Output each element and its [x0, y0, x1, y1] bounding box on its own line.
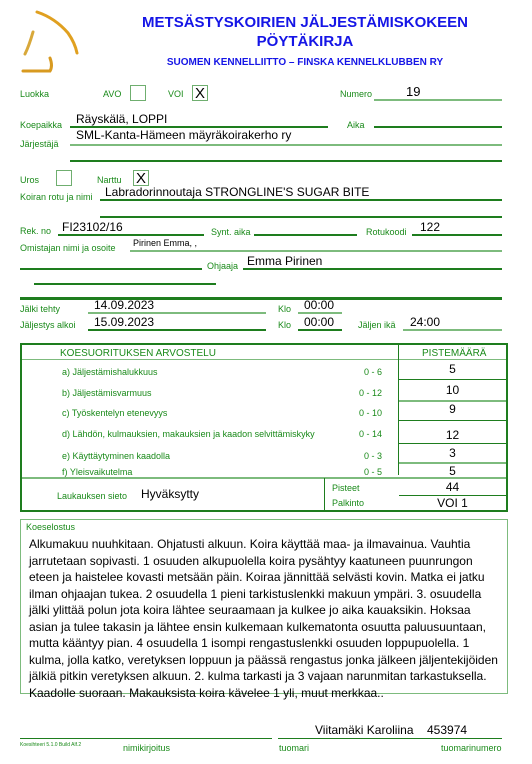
location-label: Koepaikka	[20, 120, 62, 130]
criterion-score[interactable]: 5	[399, 362, 506, 376]
description-text[interactable]: Alkumakuu nuuhkitaan. Ohjatusti alkuun. …	[29, 536, 499, 701]
criterion-range: 0 - 3	[342, 451, 382, 461]
prize-label: Palkinto	[332, 498, 364, 508]
prize-value[interactable]: VOI 1	[399, 496, 506, 510]
breed-code-value[interactable]: 122	[420, 220, 440, 234]
track-made-date[interactable]: 14.09.2023	[94, 298, 154, 312]
tracking-started-label: Jäljestys alkoi	[20, 320, 76, 330]
track-age-value[interactable]: 24:00	[410, 315, 440, 329]
criterion-label: f) Yleisvaikutelma	[62, 467, 132, 477]
form-title-line2: PÖYTÄKIRJA	[120, 33, 490, 50]
points-value[interactable]: 44	[399, 480, 506, 494]
criterion-score[interactable]: 5	[399, 464, 506, 478]
handler-value[interactable]: Emma Pirinen	[247, 254, 322, 268]
male-label: Uros	[20, 175, 39, 185]
version-text: Koesihteeri 5.1.0 Build Alf.2	[20, 742, 81, 748]
criterion-label: b) Jäljestämisvarmuus	[62, 388, 152, 398]
registration-label: Rek. no	[20, 226, 51, 236]
criterion-range: 0 - 14	[342, 429, 382, 439]
track-made-klo-label: Klo	[278, 304, 291, 314]
registration-value[interactable]: FI23102/16	[62, 220, 123, 234]
criterion-range: 0 - 6	[342, 367, 382, 377]
criterion-score[interactable]: 12	[399, 428, 506, 442]
criterion-score[interactable]: 3	[399, 446, 506, 460]
description-title: Koeselostus	[26, 522, 75, 532]
criterion-range: 0 - 12	[342, 388, 382, 398]
signature-label: nimikirjoitus	[123, 743, 170, 753]
number-value[interactable]: 19	[406, 84, 420, 99]
judge-label: tuomari	[279, 743, 309, 753]
organization-subtitle: SUOMEN KENNELLIITTO – FINSKA KENNELKLUBB…	[120, 57, 490, 68]
track-made-time[interactable]: 00:00	[304, 298, 334, 312]
criterion-label: a) Jäljestämishalukkuus	[62, 367, 158, 377]
dog-value[interactable]: Labradorinnoutaja STRONGLINE'S SUGAR BIT…	[105, 185, 369, 199]
tracking-started-date[interactable]: 15.09.2023	[94, 315, 154, 329]
voi-label: VOI	[168, 89, 184, 99]
form-title: METSÄSTYSKOIRIEN JÄLJESTÄMISKOKEEN	[120, 14, 490, 31]
tracking-started-klo-label: Klo	[278, 320, 291, 330]
dog-label: Koiran rotu ja nimi	[20, 192, 93, 202]
evaluation-title: KOESUORITUKSEN ARVOSTELU	[60, 348, 216, 359]
evaluation-table: KOESUORITUKSEN ARVOSTELU PISTEMÄÄRÄ a) J…	[20, 343, 508, 512]
criterion-label: c) Työskentelyn etenevyys	[62, 408, 167, 418]
criterion-range: 0 - 5	[342, 467, 382, 477]
owner-label: Omistajan nimi ja osoite	[20, 243, 116, 253]
kennel-club-logo-icon	[20, 8, 80, 80]
shot-tolerance-value[interactable]: Hyväksytty	[141, 487, 199, 501]
criterion-label: e) Käyttäytyminen kaadolla	[62, 451, 170, 461]
avo-checkbox[interactable]	[130, 85, 146, 101]
owner-value[interactable]: Pirinen Emma, ,	[133, 238, 197, 248]
criterion-label: d) Lähdön, kulmauksien, makauksien ja ka…	[62, 429, 315, 439]
description-box: Koeselostus Alkumakuu nuuhkitaan. Ohjatu…	[20, 519, 508, 694]
birth-date-label: Synt. aika	[211, 227, 251, 237]
track-age-label: Jäljen ikä	[358, 320, 396, 330]
handler-label: Ohjaaja	[207, 261, 238, 271]
judge-number[interactable]: 453974	[427, 723, 467, 737]
criterion-score[interactable]: 10	[399, 383, 506, 397]
male-checkbox[interactable]	[56, 170, 72, 186]
points-label: Pisteet	[332, 483, 360, 493]
number-label: Numero	[340, 89, 372, 99]
criterion-score[interactable]: 9	[399, 402, 506, 416]
female-label: Narttu	[97, 175, 122, 185]
track-made-label: Jälki tehty	[20, 304, 60, 314]
criterion-range: 0 - 10	[342, 408, 382, 418]
organizer-value[interactable]: SML-Kanta-Hämeen mäyräkoirakerho ry	[76, 128, 291, 142]
score-header: PISTEMÄÄRÄ	[422, 348, 486, 359]
voi-checkbox[interactable]: X	[192, 85, 208, 101]
class-label: Luokka	[20, 89, 49, 99]
breed-code-label: Rotukoodi	[366, 227, 407, 237]
organizer-label: Järjestäjä	[20, 139, 59, 149]
judge-number-label: tuomarinumero	[441, 743, 502, 753]
time-label: Aika	[347, 120, 365, 130]
avo-label: AVO	[103, 89, 121, 99]
location-value[interactable]: Räyskälä, LOPPI	[76, 112, 167, 126]
shot-tolerance-label: Laukauksen sieto	[57, 491, 127, 501]
female-checkbox[interactable]: X	[133, 170, 149, 186]
judge-name[interactable]: Viitamäki Karoliina	[315, 723, 414, 737]
tracking-started-time[interactable]: 00:00	[304, 315, 334, 329]
